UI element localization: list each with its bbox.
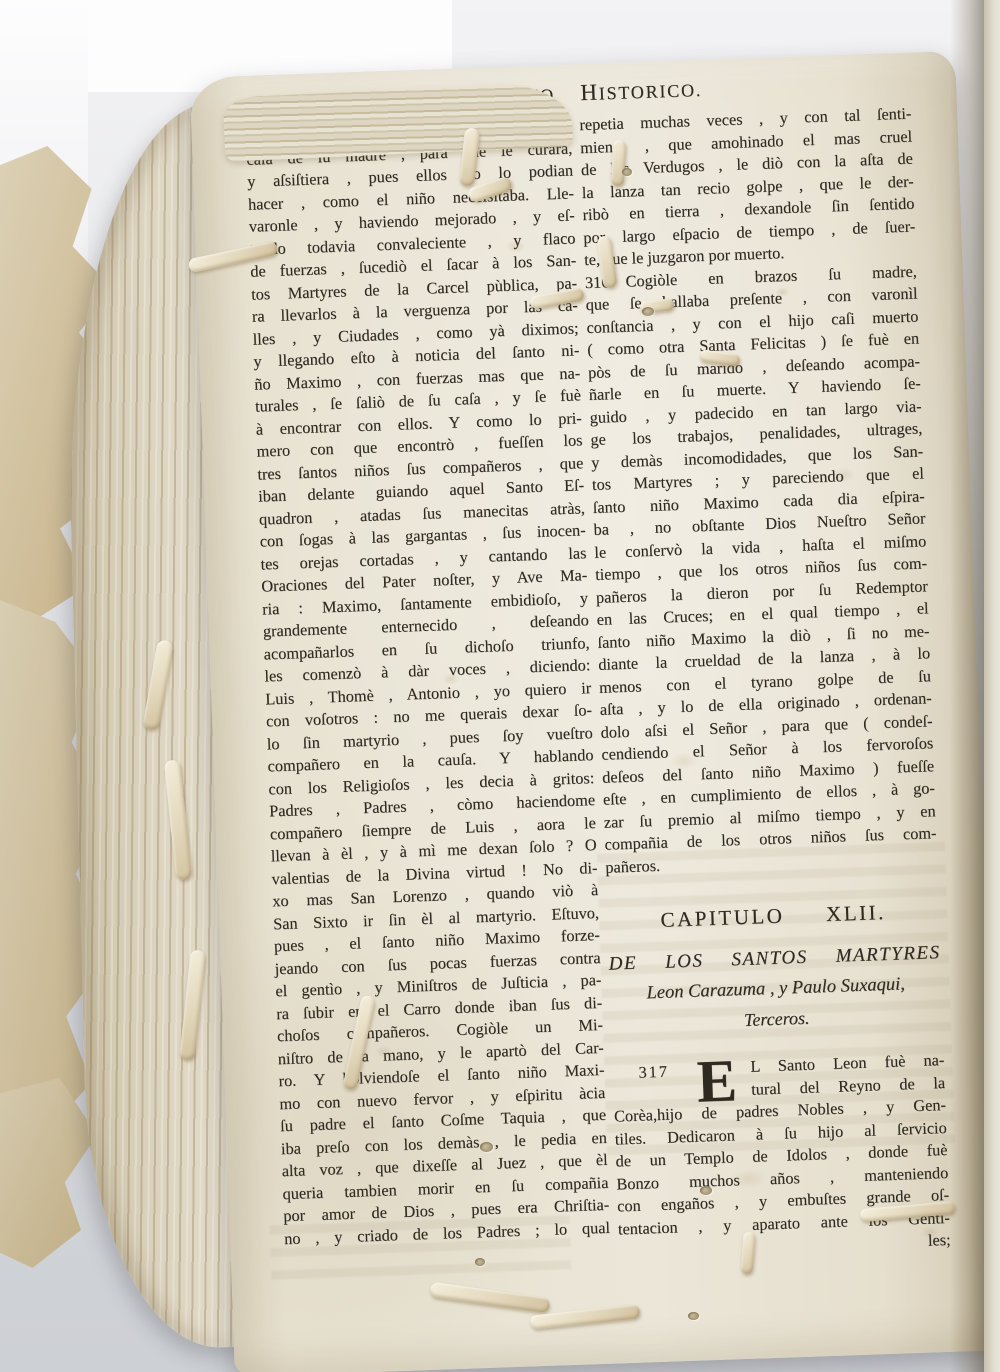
drop-cap-initial: E	[696, 1053, 738, 1108]
paragraph-block: repetia muchas veces , y con tal ſenti-m…	[579, 103, 916, 272]
chapter-subtitle-order: Terceros.	[610, 1001, 943, 1037]
chapter-heading: CAPITULO XLII.	[607, 897, 940, 935]
adjacent-page-edge	[984, 0, 1000, 1372]
paragraph-number: 317	[638, 1062, 669, 1083]
running-header-right: HISTORICO.	[580, 76, 703, 106]
book-page: 112 COMPENDIO HISTORICO. Guardas , dexaſ…	[190, 51, 1000, 1372]
wax-mark	[611, 140, 626, 187]
paper-hole	[475, 1258, 485, 1266]
paper-hole	[688, 1312, 699, 1320]
chapter-subtitle-names: Leon Carazuma , y Paulo Suxaqui,	[609, 971, 942, 1007]
paragraph-block: Guardas , dexaſſen llevar eſte niño àcaſ…	[245, 114, 610, 1250]
gutter-shadow	[950, 0, 986, 1372]
chapter-section: CAPITULO XLII. DE LOS SANTOS MARTYRES Le…	[607, 897, 943, 1037]
paper-hole	[642, 307, 654, 316]
book-photo: 112 COMPENDIO HISTORICO. Guardas , dexaſ…	[0, 0, 1000, 1372]
text-column-left: Guardas , dexaſſen llevar eſte niño àcaſ…	[245, 114, 610, 1250]
paper-hole	[622, 168, 632, 176]
chapter-subtitle-caps: DE LOS SANTOS MARTYRES	[608, 941, 941, 977]
paragraph-316: 316 Cogiòle en brazos ſu madre,que ſe ha…	[585, 260, 938, 879]
text-column-right: repetia muchas veces , y con tal ſenti-m…	[579, 103, 951, 1263]
paper-hole	[700, 1186, 712, 1195]
paper-hole	[480, 1142, 493, 1152]
paragraph-317: 317 E L Santo Leon fuè na-tural del Reyn…	[612, 1049, 951, 1263]
